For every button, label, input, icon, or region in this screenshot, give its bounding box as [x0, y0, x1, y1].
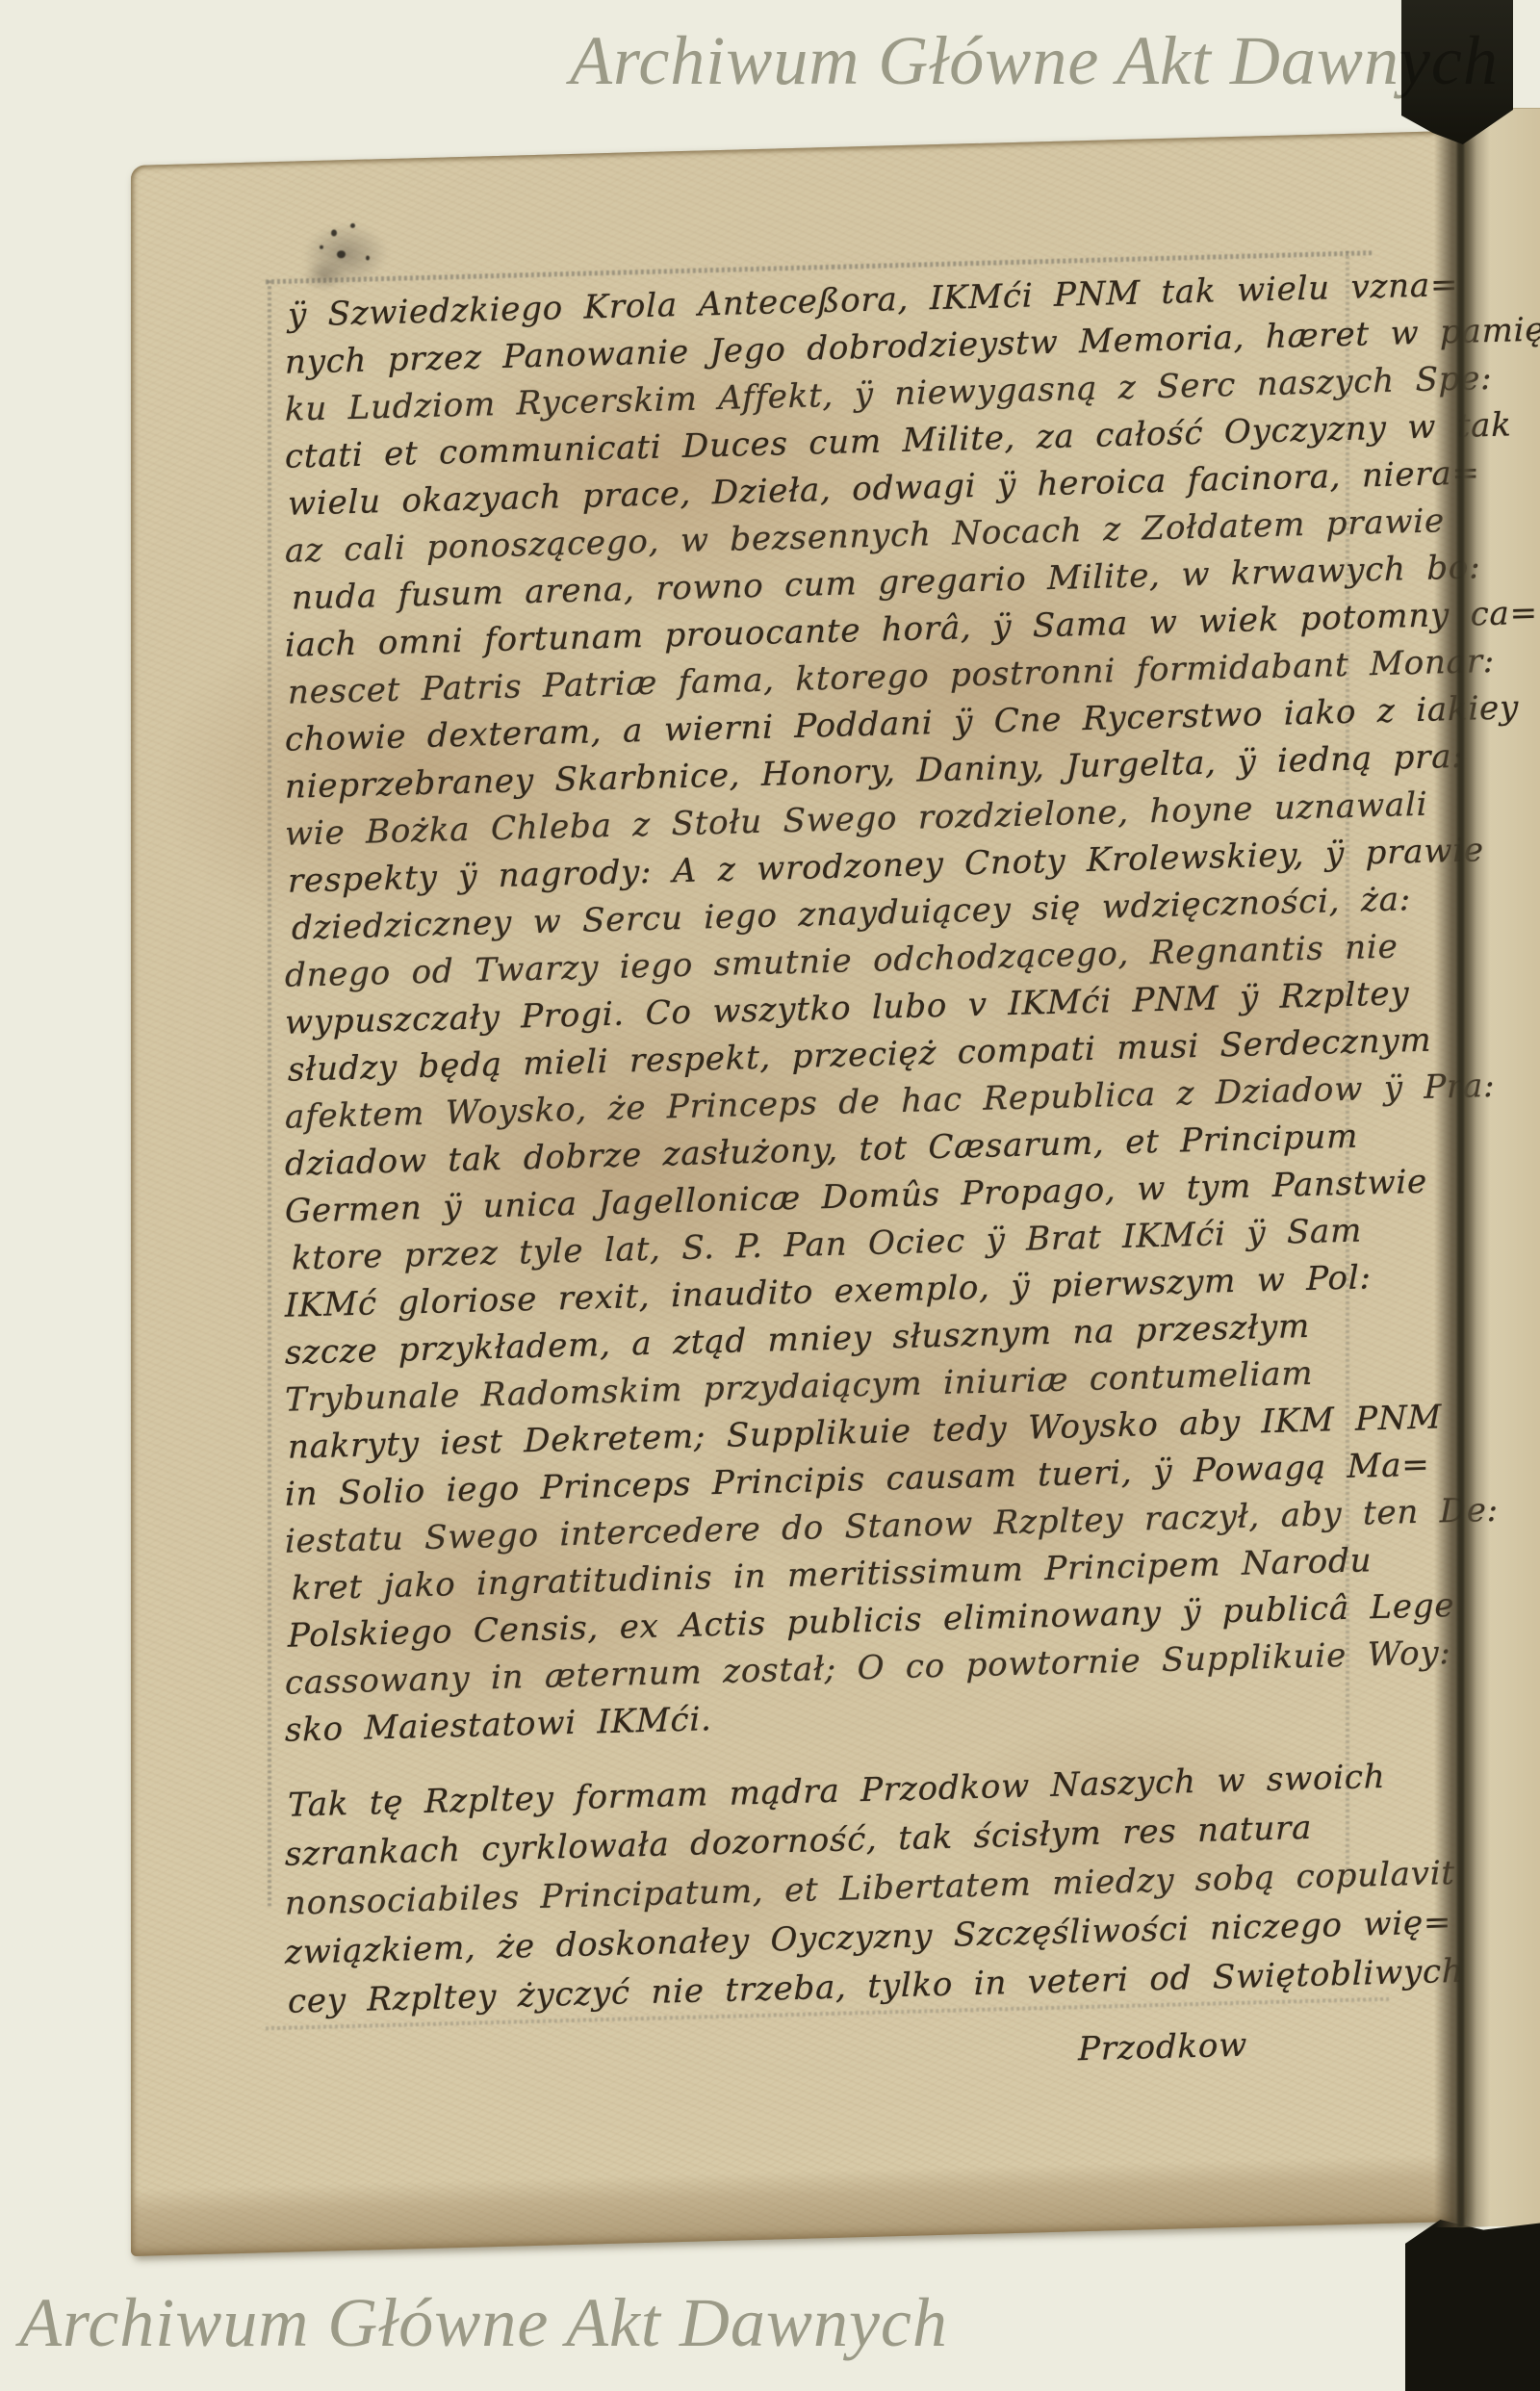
manuscript-page: ÿ Szwiedzkiego Krola Anteceßora, IKMći P… — [131, 131, 1467, 2256]
binding-backdrop-bottom — [1405, 2220, 1540, 2391]
handwritten-text-block: ÿ Szwiedzkiego Krola Anteceßora, IKMći P… — [285, 263, 1416, 2095]
archive-watermark-top: Archiwum Główne Akt Dawnych — [570, 21, 1499, 101]
archive-watermark-bottom: Archiwum Główne Akt Dawnych — [19, 2283, 948, 2363]
archive-scan-viewport: Archiwum Główne Akt Dawnych ÿ Szwiedzkie… — [0, 0, 1540, 2391]
manuscript-paragraph-2: Tak tę Rzpltey formam mądra Przodkow Nas… — [285, 1752, 1416, 2027]
gutter-core-shadow — [1457, 112, 1464, 2227]
manuscript-paragraph-1: ÿ Szwiedzkiego Krola Anteceßora, IKMći P… — [285, 263, 1416, 1755]
pencil-frame-left — [268, 279, 271, 1906]
book-gutter-shadow — [1434, 112, 1490, 2227]
